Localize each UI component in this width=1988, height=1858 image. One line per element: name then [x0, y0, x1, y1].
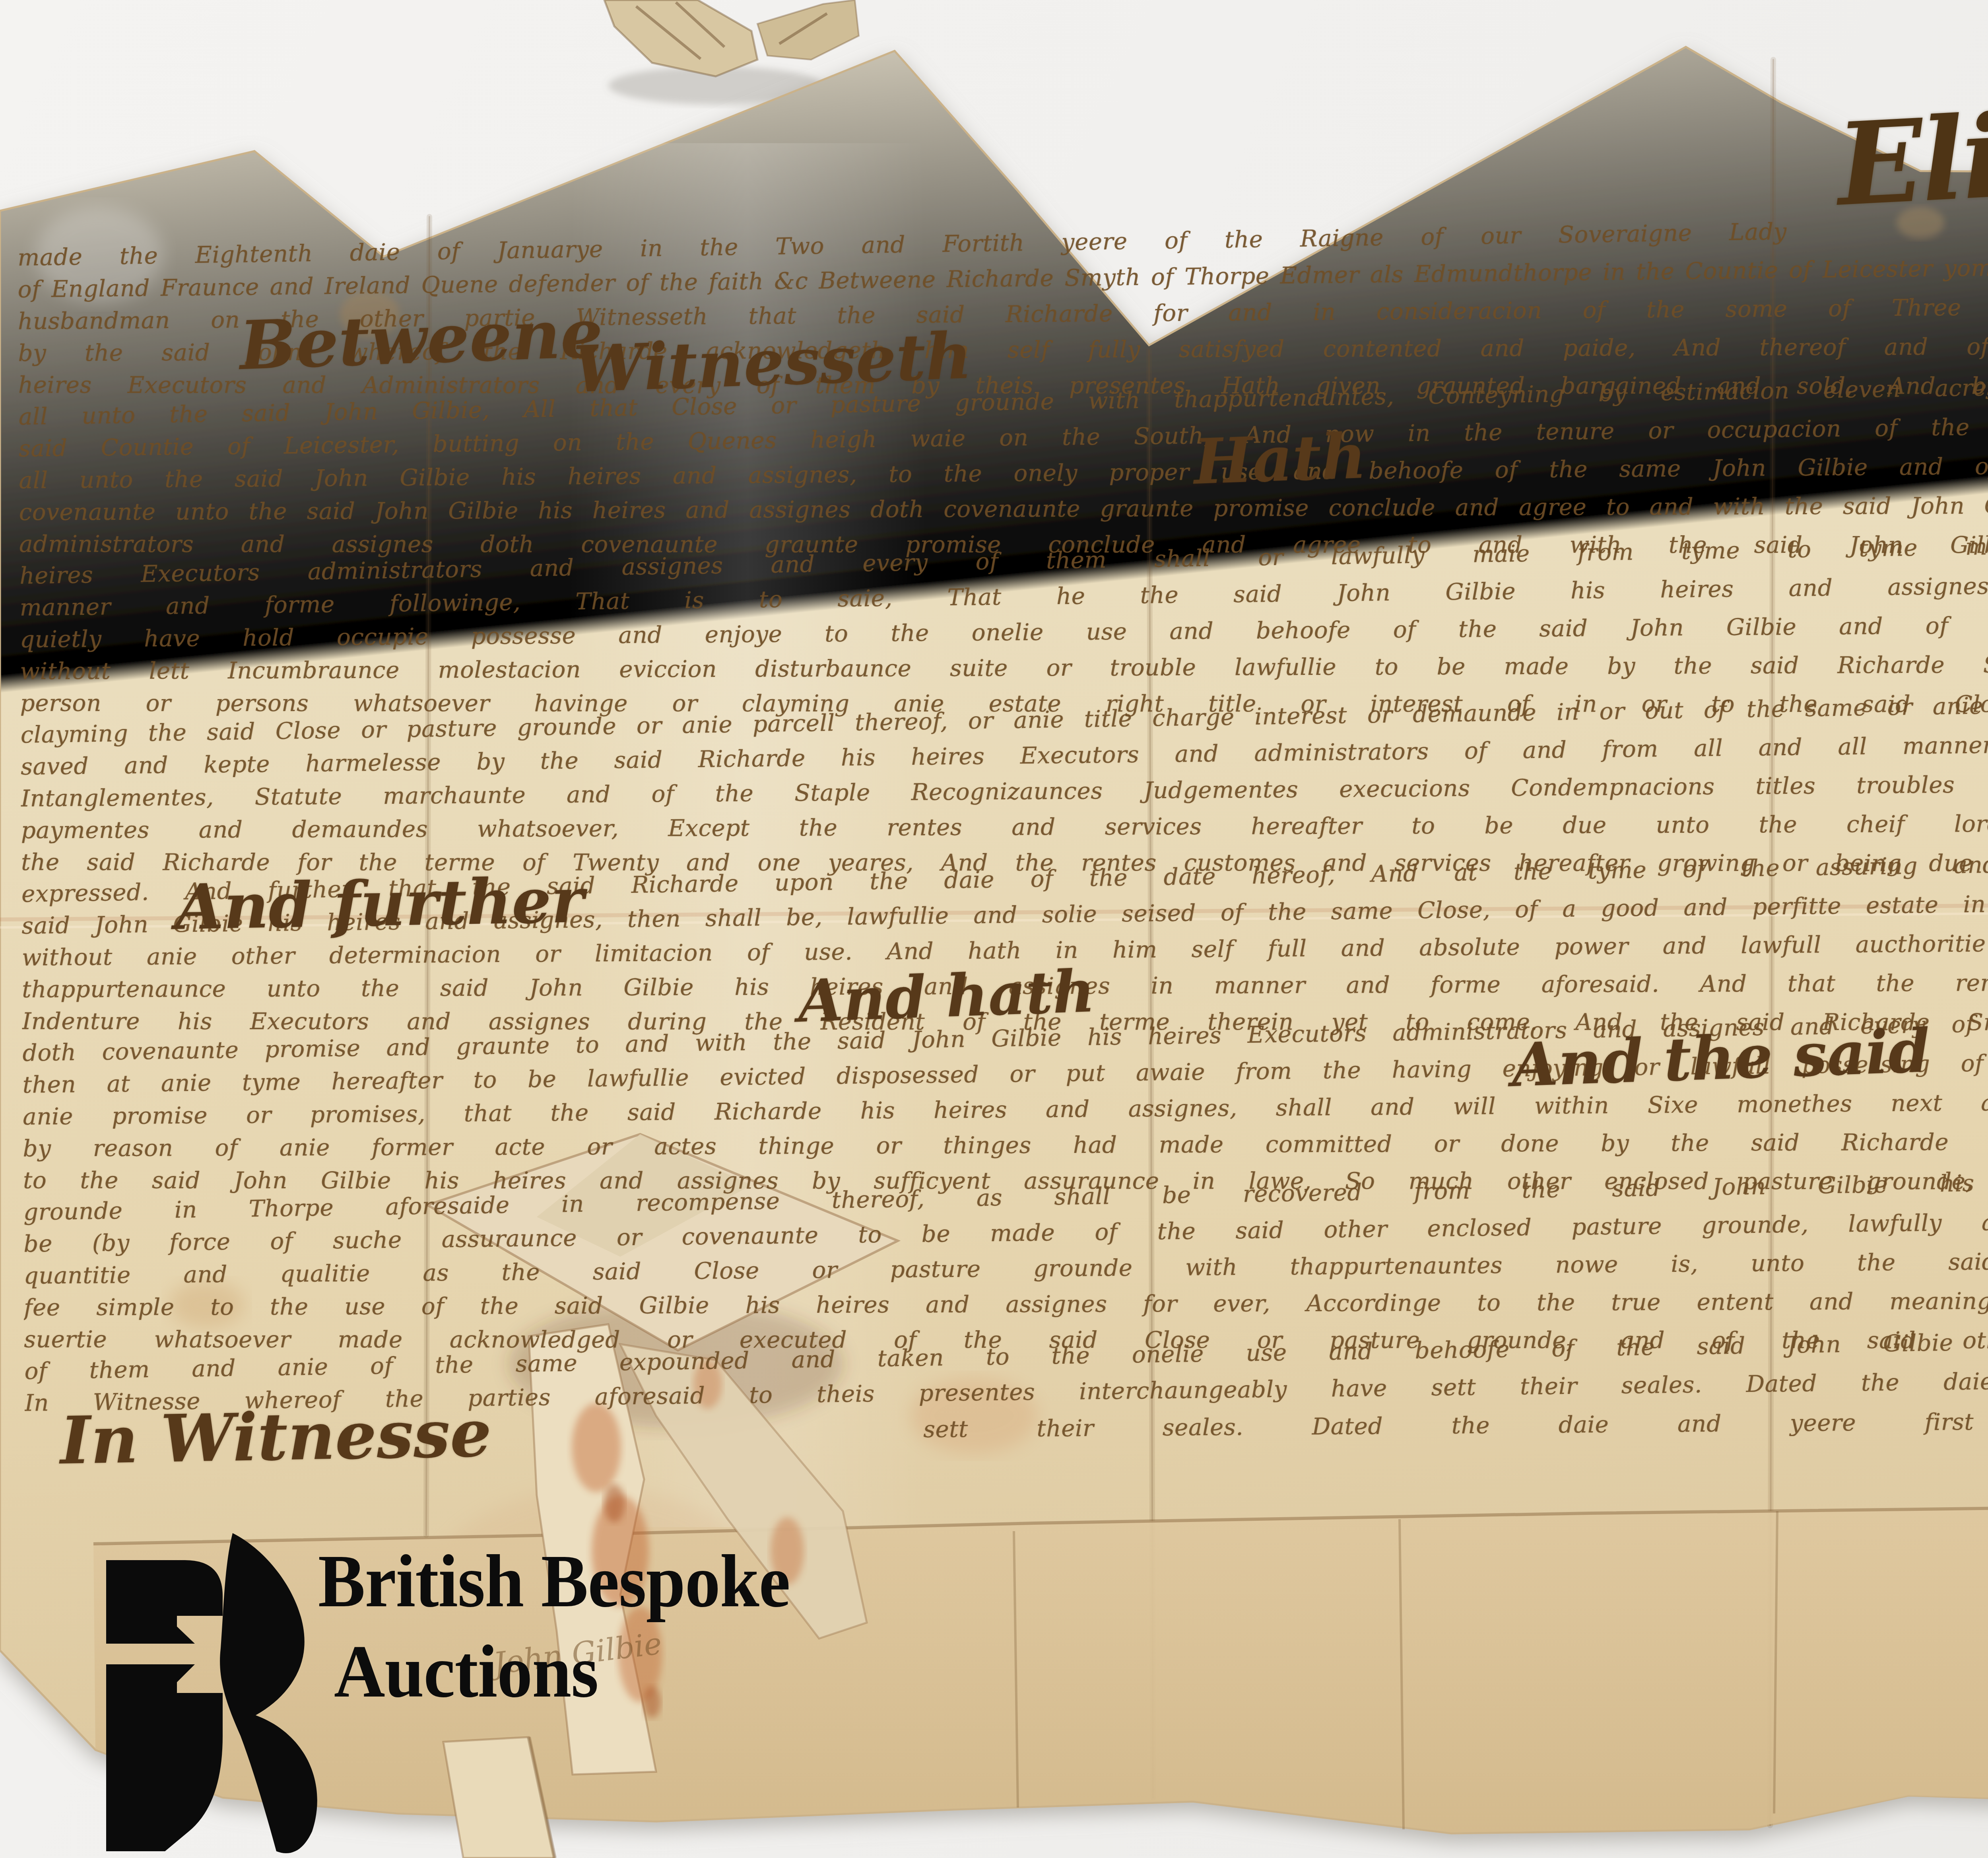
auction-logo: British Bespoke Auctions [105, 1529, 1020, 1858]
photo-stage: made the Eightenth daie of Januarye in t… [0, 0, 1988, 1858]
auction-logo-monogram [105, 1529, 328, 1858]
calligraphic-word: Witnesseth [573, 327, 973, 399]
auction-logo-line1: British Bespoke [318, 1539, 790, 1623]
calligraphic-word: Betweene [239, 302, 604, 376]
calligraphic-word: And hath [797, 965, 1096, 1028]
heading-elizabeth: Elizabeth [1835, 84, 1988, 216]
calligraphic-word: Hath [1193, 428, 1367, 491]
auction-logo-text: British Bespoke Auctions [318, 1536, 790, 1716]
crumpled-fragment [604, 0, 859, 76]
calligraphic-word: And the said [1511, 1023, 1931, 1093]
calligraphic-word: In Witnesse [60, 1403, 492, 1471]
calligraphic-word: And further [175, 872, 584, 936]
auction-logo-line2: Auctions [334, 1626, 790, 1716]
